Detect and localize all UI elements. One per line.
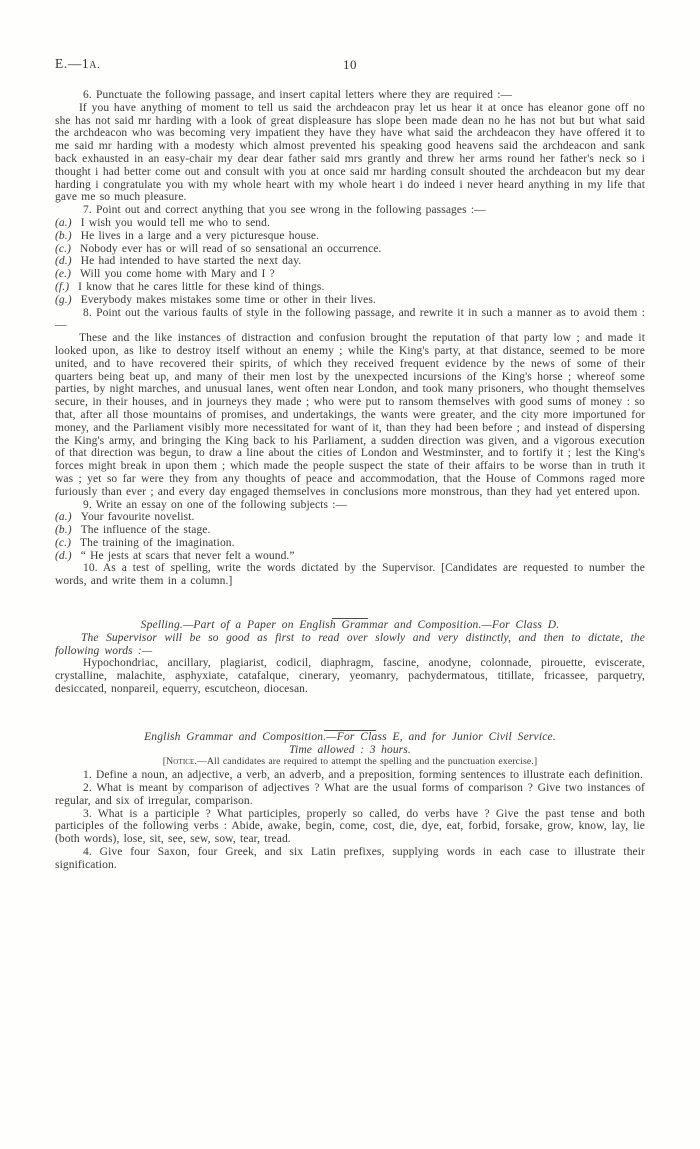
spelling-section-heading: Spelling.—Part of a Paper on English Gra… bbox=[55, 619, 645, 632]
question-9-item-d: (d.)“ He jests at scars that never felt … bbox=[55, 550, 645, 563]
question-8-passage: These and the like instances of distract… bbox=[55, 332, 645, 498]
item-label: (a.) bbox=[55, 217, 81, 229]
item-text: I wish you would tell me who to send. bbox=[81, 217, 270, 229]
document-reference-main: E.—1 bbox=[55, 56, 89, 71]
exam-paper-page: E.—1A. 10 6. Punctuate the following pas… bbox=[0, 0, 700, 1149]
question-9-intro: 9. Write an essay on one of the followin… bbox=[55, 499, 645, 512]
question-7-item-g: (g.)Everybody makes mistakes some time o… bbox=[55, 294, 645, 307]
spelling-word-list: Hypochondriac, ancillary, plagiarist, co… bbox=[55, 657, 645, 695]
class-e-question-2: 2. What is meant by comparison of adject… bbox=[55, 782, 645, 808]
class-e-question-1: 1. Define a noun, an adjective, a verb, … bbox=[55, 769, 645, 782]
item-label: (e.) bbox=[55, 268, 80, 280]
class-e-section-heading: English Grammar and Composition.—For Cla… bbox=[55, 731, 645, 744]
item-text: The training of the imagination. bbox=[80, 537, 235, 549]
item-text: I know that he cares little for these ki… bbox=[78, 281, 324, 293]
page-body: 6. Punctuate the following passage, and … bbox=[55, 89, 645, 872]
item-label: (b.) bbox=[55, 524, 81, 536]
question-9-item-b: (b.)The influence of the stage. bbox=[55, 524, 645, 537]
item-label: (a.) bbox=[55, 511, 81, 523]
item-label: (g.) bbox=[55, 294, 81, 306]
document-reference-suffix: A. bbox=[89, 60, 100, 71]
question-6-passage: If you have anything of moment to tell u… bbox=[55, 102, 645, 204]
item-text: Your favourite novelist. bbox=[81, 511, 195, 523]
time-allowed: Time allowed : 3 hours. bbox=[55, 744, 645, 757]
class-e-question-3: 3. What is a participle ? What participl… bbox=[55, 808, 645, 846]
notice-text: —All candidates are required to attempt … bbox=[197, 756, 537, 767]
item-text: He had intended to have started the next… bbox=[81, 255, 302, 267]
question-7-item-b: (b.)He lives in a large and a very pictu… bbox=[55, 230, 645, 243]
question-9-item-c: (c.)The training of the imagination. bbox=[55, 537, 645, 550]
question-9-item-a: (a.)Your favourite novelist. bbox=[55, 511, 645, 524]
class-e-question-4: 4. Give four Saxon, four Greek, and six … bbox=[55, 846, 645, 872]
item-text: Will you come home with Mary and I ? bbox=[80, 268, 275, 280]
question-7-intro: 7. Point out and correct anything that y… bbox=[55, 204, 645, 217]
page-header: E.—1A. 10 bbox=[55, 56, 645, 73]
question-7-item-c: (c.)Nobody ever has or will read of so s… bbox=[55, 243, 645, 256]
question-7-item-f: (f.)I know that he cares little for thes… bbox=[55, 281, 645, 294]
question-7-item-e: (e.)Will you come home with Mary and I ? bbox=[55, 268, 645, 281]
question-10: 10. As a test of spelling, write the wor… bbox=[55, 562, 645, 588]
spelling-supervisor-instruction: The Supervisor will be so good as first … bbox=[55, 632, 645, 658]
item-label: (d.) bbox=[55, 550, 81, 562]
item-text: The influence of the stage. bbox=[81, 524, 211, 536]
candidates-notice: [Notice.—All candidates are required to … bbox=[55, 756, 645, 769]
item-text: Nobody ever has or will read of so sensa… bbox=[80, 243, 381, 255]
document-reference: E.—1A. bbox=[55, 56, 100, 71]
question-7-item-d: (d.)He had intended to have started the … bbox=[55, 255, 645, 268]
item-label: (c.) bbox=[55, 537, 80, 549]
item-label: (c.) bbox=[55, 243, 80, 255]
question-8-intro: 8. Point out the various faults of style… bbox=[55, 307, 645, 333]
item-text: He lives in a large and a very picturesq… bbox=[81, 230, 319, 242]
question-7-item-a: (a.)I wish you would tell me who to send… bbox=[55, 217, 645, 230]
item-label: (d.) bbox=[55, 255, 81, 267]
notice-label: [Notice. bbox=[163, 756, 197, 767]
item-label: (f.) bbox=[55, 281, 78, 293]
page-number: 10 bbox=[343, 57, 357, 73]
question-6-intro: 6. Punctuate the following passage, and … bbox=[55, 89, 645, 102]
item-label: (b.) bbox=[55, 230, 81, 242]
item-text: Everybody makes mistakes some time or ot… bbox=[81, 294, 376, 306]
item-text: “ He jests at scars that never felt a wo… bbox=[81, 550, 295, 562]
